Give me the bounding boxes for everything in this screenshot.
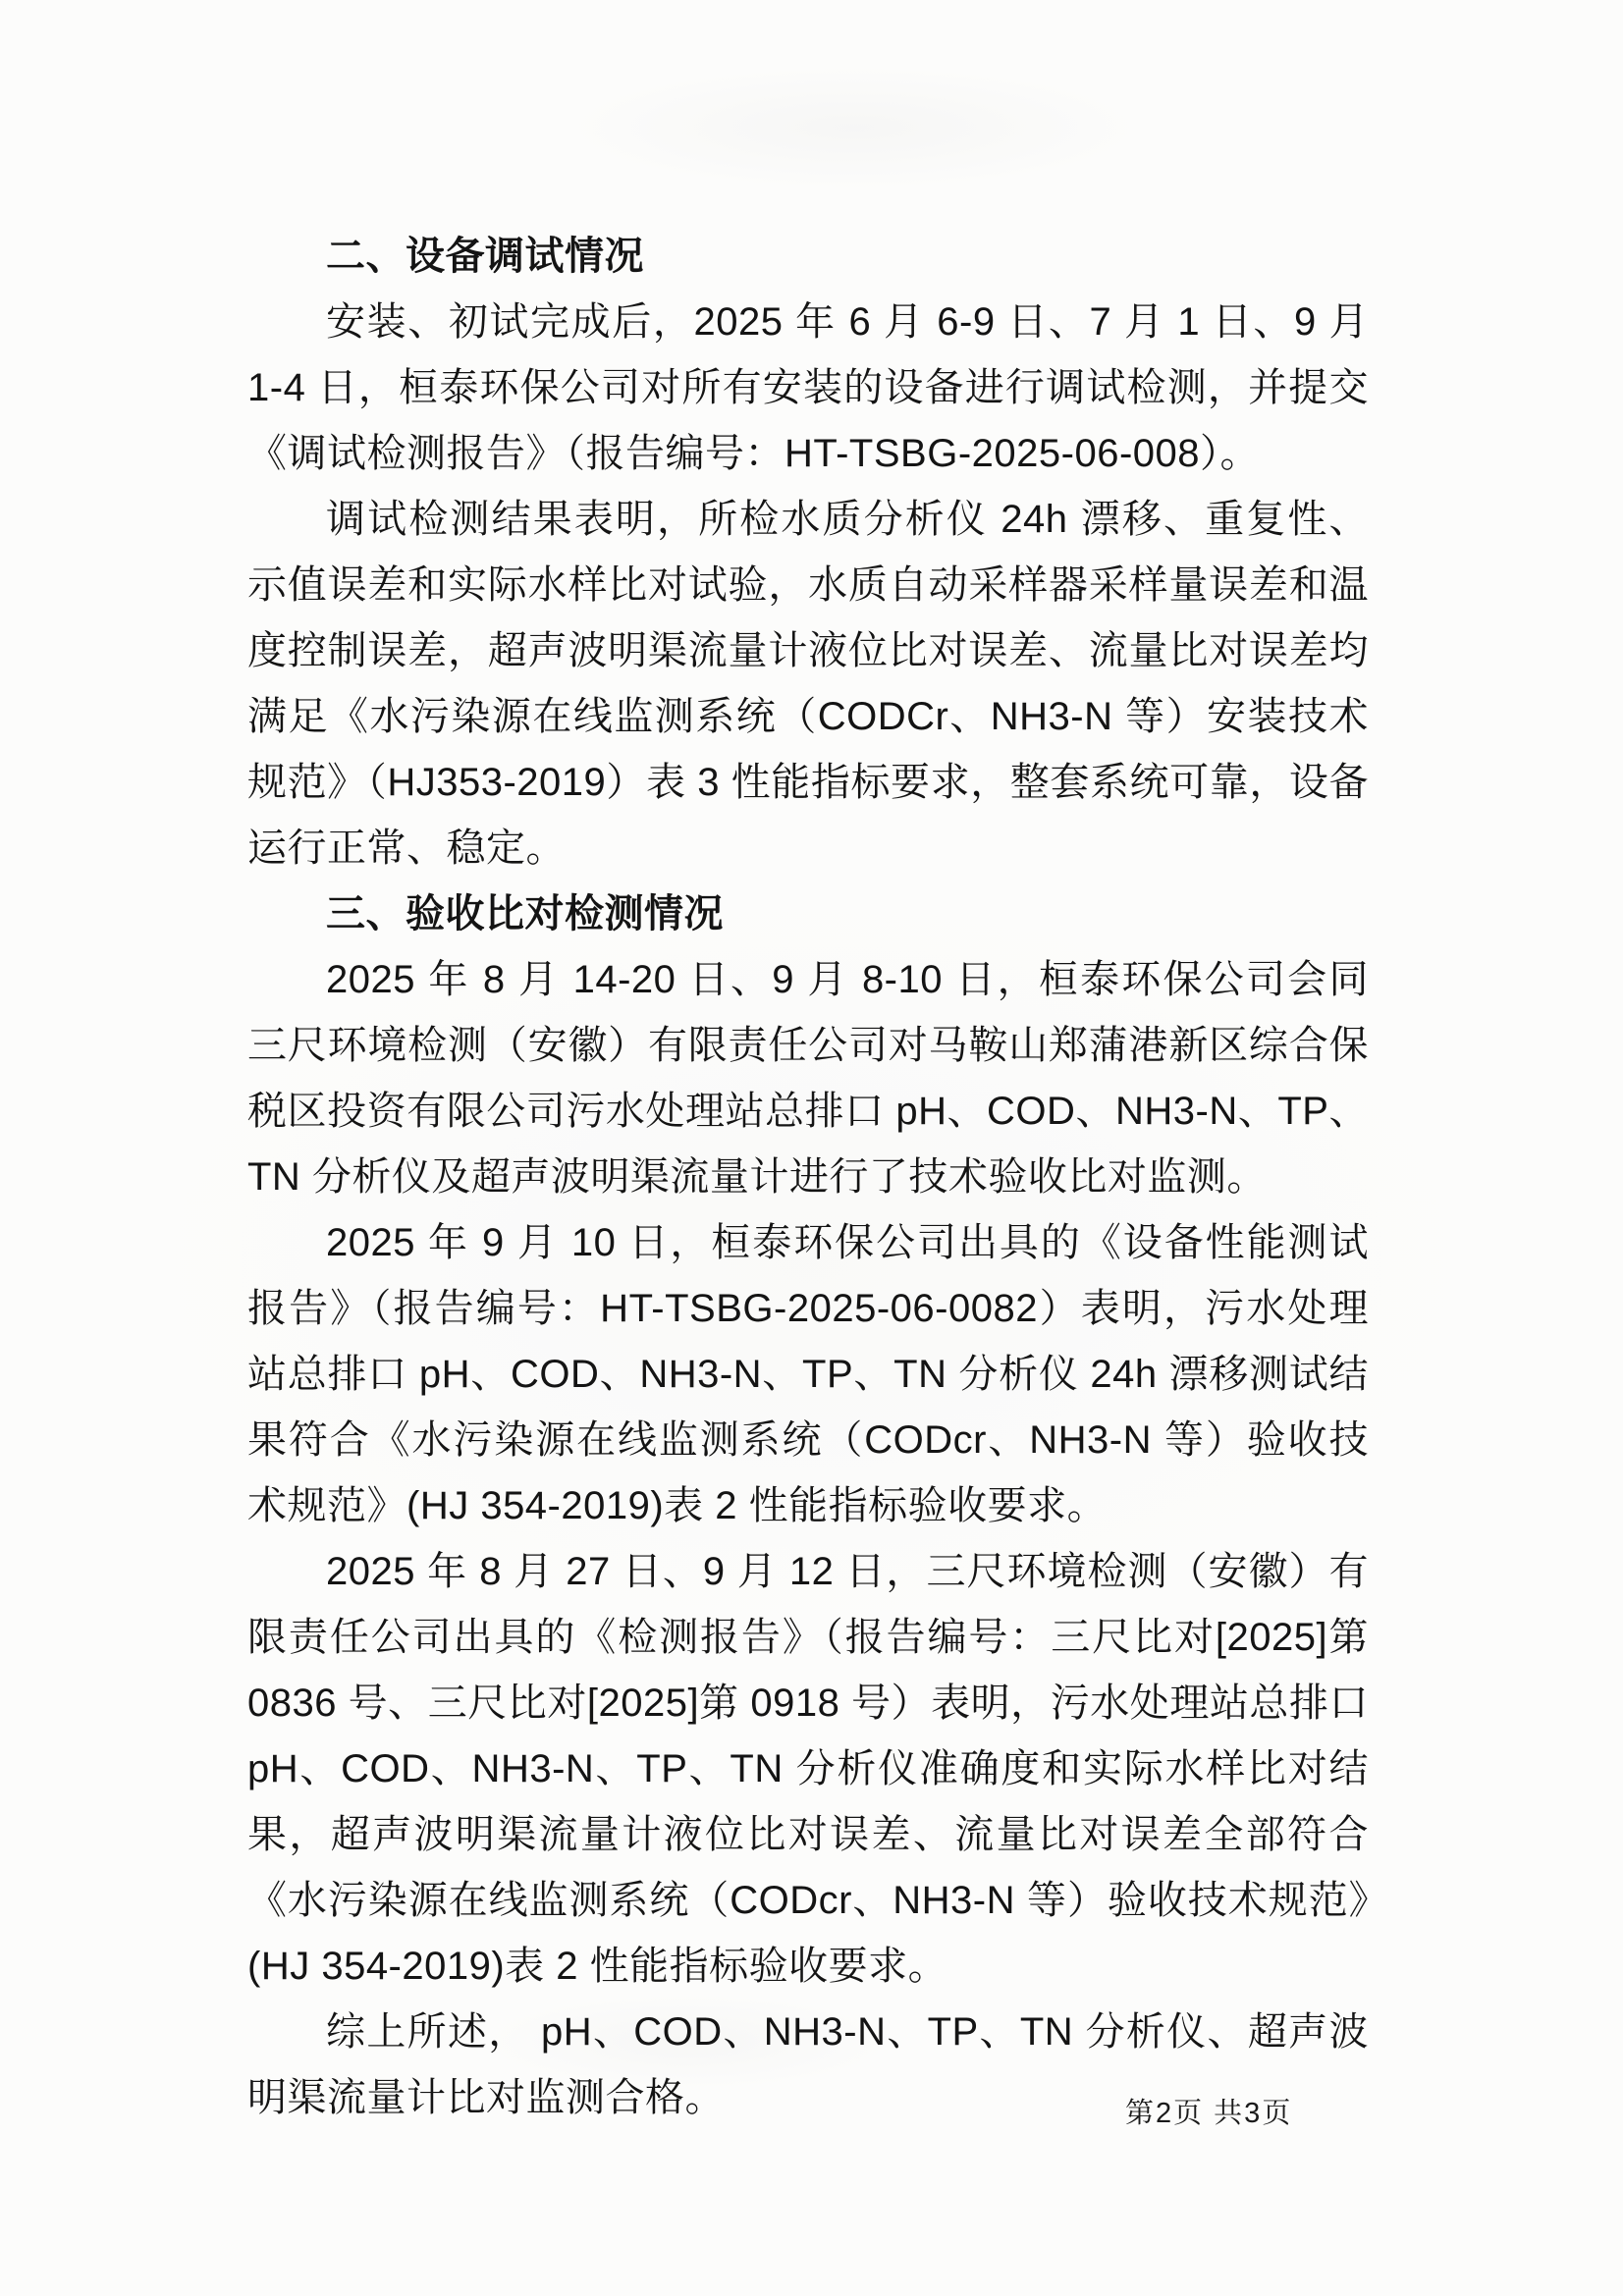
paragraph: 调试检测结果表明，所检水质分析仪 24h 漂移、重复性、示值误差和实际水样比对试… — [247, 487, 1369, 881]
paragraph: 2025 年 8 月 14-20 日、9 月 8-10 日，桓泰环保公司会同三尺… — [247, 947, 1369, 1210]
section-heading-equipment-debugging: 二、设备调试情况 — [247, 224, 1369, 290]
paragraph: 安装、初试完成后，2025 年 6 月 6-9 日、7 月 1 日、9 月 1-… — [247, 290, 1369, 487]
paragraph: 2025 年 9 月 10 日，桓泰环保公司出具的《设备性能测试报告》（报告编号… — [247, 1210, 1369, 1539]
section-heading-acceptance-comparison: 三、验收比对检测情况 — [247, 881, 1369, 947]
document-page: 二、设备调试情况 安装、初试完成后，2025 年 6 月 6-9 日、7 月 1… — [0, 0, 1623, 2296]
paragraph: 2025 年 8 月 27 日、9 月 12 日，三尺环境检测（安徽）有限责任公… — [247, 1539, 1369, 2000]
page-number: 第2页 共3页 — [1125, 2091, 1292, 2131]
document-body: 二、设备调试情况 安装、初试完成后，2025 年 6 月 6-9 日、7 月 1… — [247, 224, 1369, 2131]
